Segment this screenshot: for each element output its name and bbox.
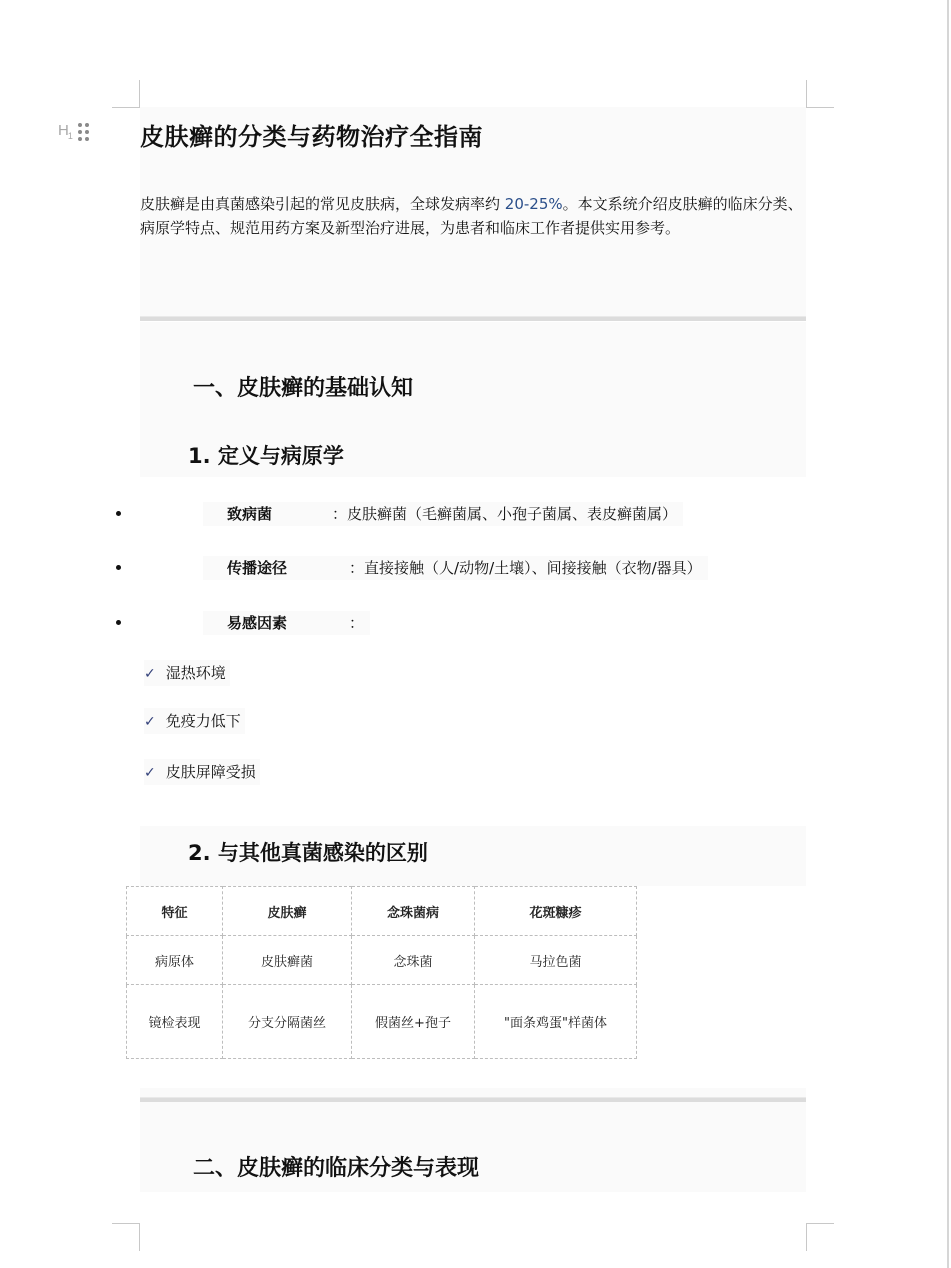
table-row: 病原体 皮肤癣菌 念珠菌 马拉色菌 (127, 936, 637, 985)
checklist-item[interactable]: ✓免疫力低下 (144, 708, 245, 734)
table-cell[interactable]: 镜检表现 (127, 985, 223, 1059)
table-header-row: 特征 皮肤癣 念珠菌病 花斑糠疹 (127, 887, 637, 936)
bullet-icon (116, 620, 121, 625)
comparison-table[interactable]: 特征 皮肤癣 念珠菌病 花斑糠疹 病原体 皮肤癣菌 念珠菌 马拉色菌 镜检表现 … (126, 886, 637, 1059)
heading-level-indicator[interactable]: H1 (58, 122, 72, 141)
checklist-item[interactable]: ✓皮肤屏障受损 (144, 759, 260, 785)
incidence-rate: 20-25% (505, 195, 563, 213)
table-cell[interactable]: 病原体 (127, 936, 223, 985)
table-header-cell[interactable]: 念珠菌病 (352, 887, 475, 936)
table-header-cell[interactable]: 皮肤癣 (223, 887, 352, 936)
bullet-icon (116, 565, 121, 570)
margin-corner-bottom-right (806, 1223, 834, 1251)
list-item[interactable]: 传播途径：直接接触（人/动物/土壤）、间接接触（衣物/器具） (116, 556, 816, 580)
drag-handle-icon[interactable] (78, 123, 89, 141)
margin-corner-top-right (806, 80, 834, 108)
table-cell[interactable]: 念珠菌 (352, 936, 475, 985)
page-scroll-edge[interactable] (947, 0, 949, 1268)
check-icon: ✓ (144, 661, 156, 687)
intro-paragraph[interactable]: 皮肤癣是由真菌感染引起的常见皮肤病，全球发病率约 20-25%。本文系统介绍皮肤… (140, 192, 806, 240)
margin-corner-top-left (112, 80, 140, 108)
check-icon: ✓ (144, 709, 156, 735)
table-cell[interactable]: "面条鸡蛋"样菌体 (475, 985, 637, 1059)
bullet-icon (116, 511, 121, 516)
block-gutter: H1 (58, 122, 89, 141)
table-header-cell[interactable]: 特征 (127, 887, 223, 936)
divider (140, 316, 806, 321)
table-cell[interactable]: 假菌丝+孢子 (352, 985, 475, 1059)
check-icon: ✓ (144, 760, 156, 786)
section-1-heading[interactable]: 一、皮肤癣的基础认知 (193, 371, 413, 402)
list-item[interactable]: 致病菌：皮肤癣菌（毛癣菌属、小孢子菌属、表皮癣菌属） (116, 502, 816, 526)
table-row: 镜检表现 分支分隔菌丝 假菌丝+孢子 "面条鸡蛋"样菌体 (127, 985, 637, 1059)
table-cell[interactable]: 分支分隔菌丝 (223, 985, 352, 1059)
section-2-heading[interactable]: 二、皮肤癣的临床分类与表现 (193, 1151, 479, 1182)
table-cell[interactable]: 马拉色菌 (475, 936, 637, 985)
divider (140, 1097, 806, 1102)
subsection-1-2-heading[interactable]: 2. 与其他真菌感染的区别 (188, 837, 428, 867)
document-title[interactable]: 皮肤癣的分类与药物治疗全指南 (140, 117, 483, 152)
checklist-item[interactable]: ✓湿热环境 (144, 660, 230, 686)
table-header-cell[interactable]: 花斑糠疹 (475, 887, 637, 936)
margin-corner-bottom-left (112, 1223, 140, 1251)
table-cell[interactable]: 皮肤癣菌 (223, 936, 352, 985)
list-item[interactable]: 易感因素： (116, 611, 816, 635)
subsection-1-1-heading[interactable]: 1. 定义与病原学 (188, 440, 344, 470)
